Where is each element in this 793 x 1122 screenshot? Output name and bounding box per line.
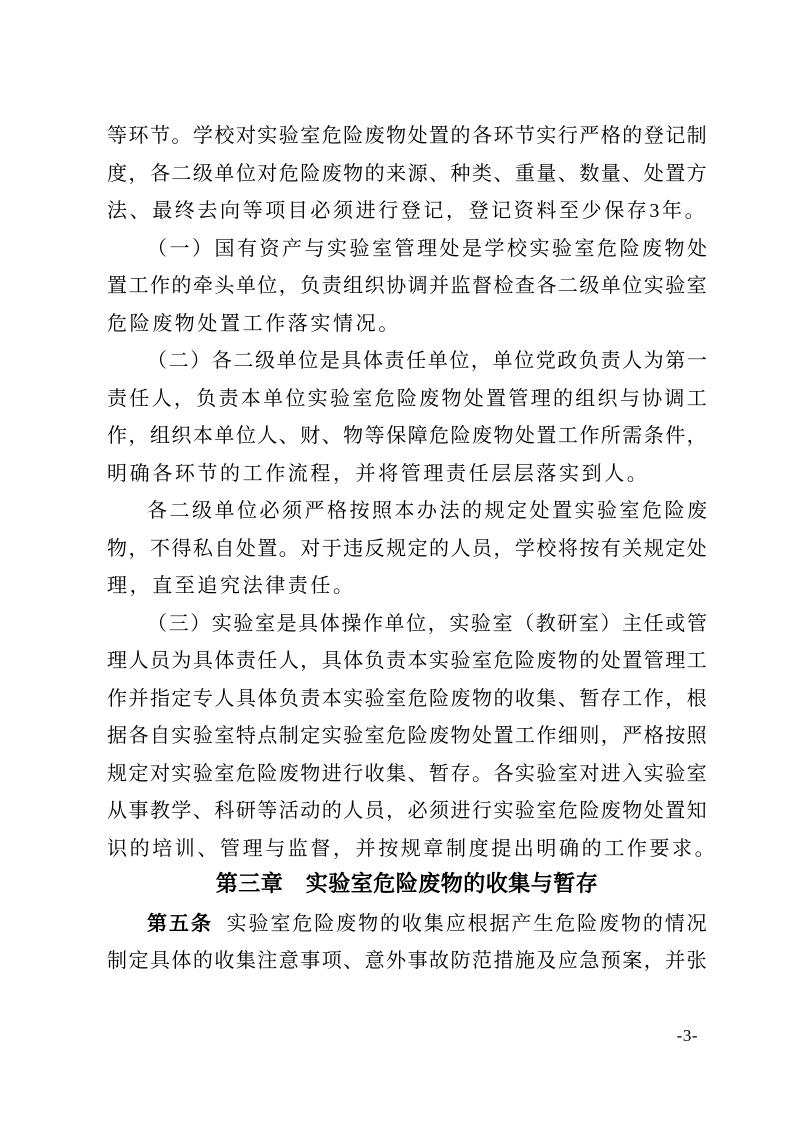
text-line: （一）国有资产与实验室管理处是学校实验室危险废物处	[107, 228, 707, 266]
section-heading: 第三章 实验室危险废物的收集与暂存	[107, 865, 707, 903]
document-body: 等环节。学校对实验室危险废物处置的各环节实行严格的登记制度，各二级单位对危险废物…	[107, 115, 707, 978]
text-line: 制定具体的收集注意事项、意外事故防范措施及应急预案，并张	[107, 940, 707, 978]
text-line: 法、最终去向等项目必须进行登记，登记资料至少保存3年。	[107, 190, 707, 228]
text-line: 理人员为具体责任人，具体负责本实验室危险废物的处置管理工	[107, 640, 707, 678]
text-line: 等环节。学校对实验室危险废物处置的各环节实行严格的登记制	[107, 115, 707, 153]
page-number: -3-	[677, 1026, 698, 1046]
text-line: 识的培训、管理与监督，并按规章制度提出明确的工作要求。	[107, 828, 707, 866]
text-line: 从事教学、科研等活动的人员，必须进行实验室危险废物处置知	[107, 790, 707, 828]
text-line: （三）实验室是具体操作单位，实验室（教研室）主任或管	[107, 603, 707, 641]
text-line: （二）各二级单位是具体责任单位，单位党政负责人为第一	[107, 340, 707, 378]
text-line: 明确各环节的工作流程，并将管理责任层层落实到人。	[107, 453, 707, 491]
article-line: 第五条实验室危险废物的收集应根据产生危险废物的情况	[107, 903, 707, 941]
document-page: 等环节。学校对实验室危险废物处置的各环节实行严格的登记制度，各二级单位对危险废物…	[0, 0, 793, 1122]
text-line: 理，直至追究法律责任。	[107, 565, 707, 603]
text-line: 责任人，负责本单位实验室危险废物处置管理的组织与协调工	[107, 378, 707, 416]
text-line: 作并指定专人具体负责本实验室危险废物的收集、暂存工作，根	[107, 678, 707, 716]
text-line: 危险废物处置工作落实情况。	[107, 303, 707, 341]
text-line: 置工作的牵头单位，负责组织协调并监督检查各二级单位实验室	[107, 265, 707, 303]
text-line: 据各自实验室特点制定实验室危险废物处置工作细则，严格按照	[107, 715, 707, 753]
text-line: 物，不得私自处置。对于违反规定的人员，学校将按有关规定处	[107, 528, 707, 566]
text-line: 度，各二级单位对危险废物的来源、种类、重量、数量、处置方	[107, 153, 707, 191]
text-line: 作，组织本单位人、财、物等保障危险废物处置工作所需条件，	[107, 415, 707, 453]
text-line: 规定对实验室危险废物进行收集、暂存。各实验室对进入实验室	[107, 753, 707, 791]
text-line: 各二级单位必须严格按照本办法的规定处置实验室危险废	[107, 490, 707, 528]
